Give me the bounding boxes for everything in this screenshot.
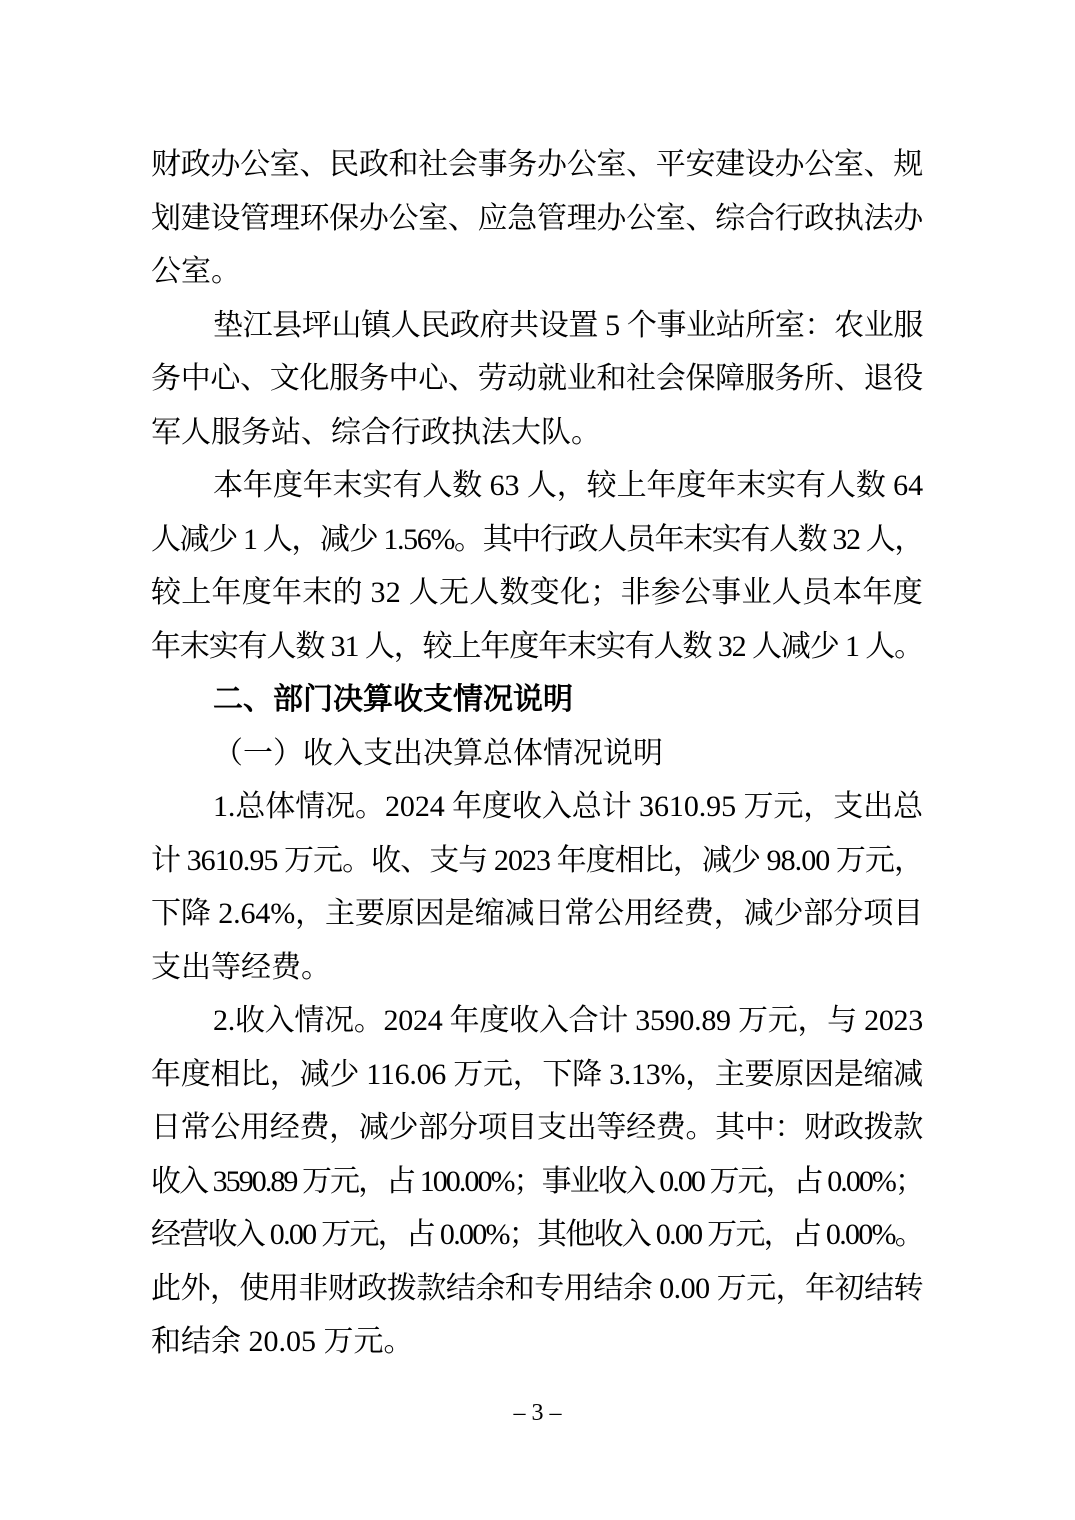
- body-text-line: 支出等经费。: [151, 941, 923, 995]
- body-text-line: 本年度年末实有人数 63 人，较上年度年末实有人数 64: [151, 459, 923, 513]
- body-text-line: 公室。: [151, 245, 923, 299]
- body-text-line: 下降 2.64%，主要原因是缩减日常公用经费，减少部分项目: [151, 887, 923, 941]
- body-text-line: 1.总体情况。2024 年度收入总计 3610.95 万元，支出总: [151, 780, 923, 834]
- section-heading: 二、部门决算收支情况说明: [151, 673, 923, 727]
- body-text-line: 此外，使用非财政拨款结余和专用结余 0.00 万元，年初结转: [151, 1262, 923, 1316]
- document-body: 财政办公室、民政和社会事务办公室、平安建设办公室、规划建设管理环保办公室、应急管…: [151, 138, 923, 1369]
- body-text-line: 计 3610.95 万元。收、支与 2023 年度相比，减少 98.00 万元，: [151, 834, 923, 888]
- subsection-heading: （一）收入支出决算总体情况说明: [151, 727, 923, 781]
- body-text-line: 收入 3590.89 万元，占 100.00%；事业收入 0.00 万元，占 0…: [151, 1155, 923, 1209]
- body-text-line: 经营收入 0.00 万元，占 0.00%；其他收入 0.00 万元，占 0.00…: [151, 1208, 923, 1262]
- body-text-line: 2.收入情况。2024 年度收入合计 3590.89 万元，与 2023: [151, 994, 923, 1048]
- body-text-line: 较上年度年末的 32 人无人数变化；非参公事业人员本年度: [151, 566, 923, 620]
- body-text-line: 年末实有人数 31 人，较上年度年末实有人数 32 人减少 1 人。: [151, 620, 923, 674]
- body-text-line: 人减少 1 人，减少 1.56%。其中行政人员年末实有人数 32 人，: [151, 513, 923, 567]
- page-number: – 3 –: [0, 1398, 1075, 1428]
- body-text-line: 日常公用经费，减少部分项目支出等经费。其中：财政拨款: [151, 1101, 923, 1155]
- document-page: 财政办公室、民政和社会事务办公室、平安建设办公室、规划建设管理环保办公室、应急管…: [0, 0, 1075, 1520]
- body-text-line: 务中心、文化服务中心、劳动就业和社会保障服务所、退役: [151, 352, 923, 406]
- body-text-line: 垫江县坪山镇人民政府共设置 5 个事业站所室：农业服: [151, 299, 923, 353]
- body-text-line: 军人服务站、综合行政执法大队。: [151, 406, 923, 460]
- body-text-line: 年度相比，减少 116.06 万元，下降 3.13%，主要原因是缩减: [151, 1048, 923, 1102]
- body-text-line: 和结余 20.05 万元。: [151, 1315, 923, 1369]
- body-text-line: 财政办公室、民政和社会事务办公室、平安建设办公室、规: [151, 138, 923, 192]
- body-text-line: 划建设管理环保办公室、应急管理办公室、综合行政执法办: [151, 192, 923, 246]
